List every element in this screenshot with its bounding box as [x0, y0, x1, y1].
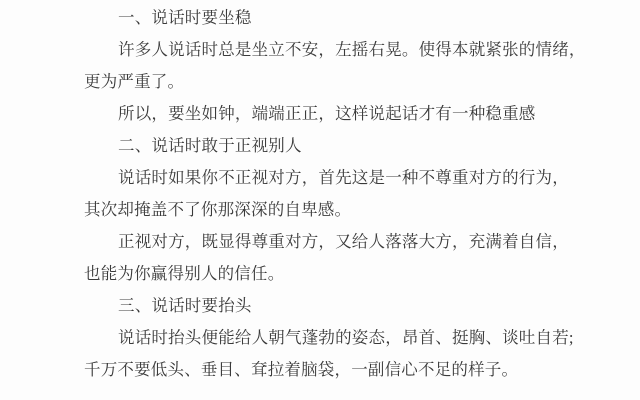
- paragraph-line: 其次却掩盖不了你那深深的自卑感。: [84, 194, 560, 226]
- section-heading-3: 三、说话时要抬头: [84, 290, 560, 322]
- paragraph-line: 所以，要坐如钟，端端正正，这样说起话才有一种稳重感: [84, 98, 560, 130]
- paragraph-line: 说话时如果你不正视对方，首先这是一种不尊重对方的行为，: [84, 162, 560, 194]
- paragraph-line: 更为严重了。: [84, 66, 560, 98]
- section-heading-1: 一、说话时要坐稳: [84, 2, 560, 34]
- paragraph-line: 正视对方，既显得尊重对方，又给人落落大方，充满着自信，: [84, 226, 560, 258]
- paragraph-line: 许多人说话时总是坐立不安，左摇右晃。使得本就紧张的情绪，: [84, 34, 560, 66]
- paragraph-line: 说话时抬头便能给人朝气蓬勃的姿态，昂首、挺胸、谈吐自若;: [84, 322, 560, 354]
- section-heading-2: 二、说话时敢于正视别人: [84, 130, 560, 162]
- document-page: 一、说话时要坐稳 许多人说话时总是坐立不安，左摇右晃。使得本就紧张的情绪， 更为…: [0, 0, 640, 400]
- paragraph-line: 也能为你赢得别人的信任。: [84, 258, 560, 290]
- paragraph-line: 千万不要低头、垂目、耷拉着脑袋，一副信心不足的样子。: [84, 354, 560, 386]
